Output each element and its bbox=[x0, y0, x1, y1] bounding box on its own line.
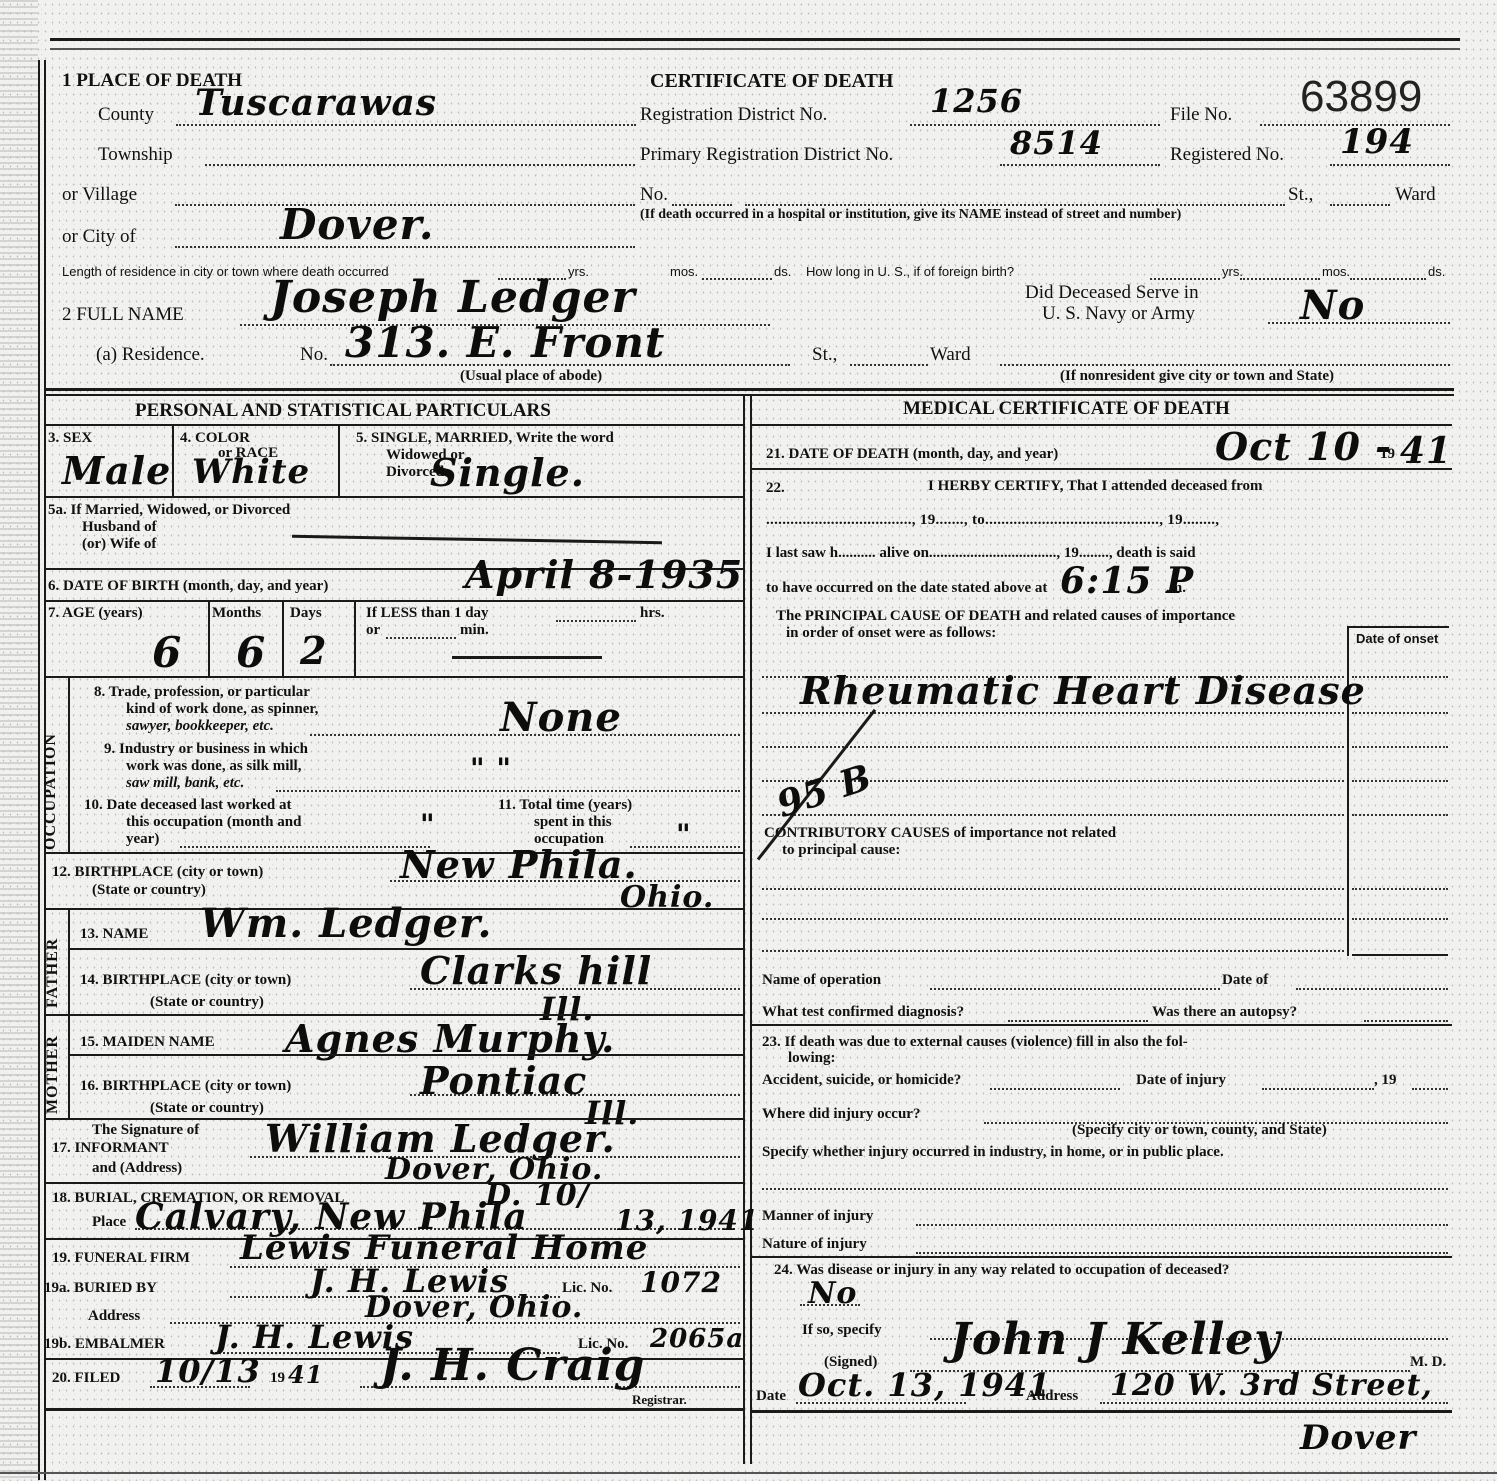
foreign-ds-label: ds. bbox=[1428, 264, 1445, 279]
external-label-1: 23. If death was due to external causes … bbox=[762, 1034, 1188, 1051]
onset-line-5 bbox=[1352, 814, 1448, 816]
industry-label-2: work was done, as silk mill, bbox=[126, 758, 301, 775]
father-birthplace-label-1: 14. BIRTHPLACE (city or town) bbox=[80, 972, 291, 989]
township-label: Township bbox=[98, 144, 173, 166]
onset-line-2 bbox=[1352, 712, 1448, 714]
residence-ds-label: ds. bbox=[774, 264, 791, 279]
ward-label: Ward bbox=[1395, 184, 1436, 206]
birthplace-label-1: 12. BIRTHPLACE (city or town) bbox=[52, 864, 263, 881]
foreign-ds-line bbox=[1350, 278, 1426, 280]
age-divider-3 bbox=[354, 600, 356, 676]
document-title: CERTIFICATE OF DEATH bbox=[650, 70, 893, 93]
city-label: or City of bbox=[62, 226, 136, 248]
last-worked-label-3: year) bbox=[126, 831, 159, 848]
autopsy-label: Was there an autopsy? bbox=[1152, 1004, 1297, 1021]
certify-no: 22. bbox=[766, 480, 785, 497]
less-than-day-label: If LESS than 1 day bbox=[366, 605, 489, 622]
hospital-note: (If death occurred in a hospital or inst… bbox=[640, 207, 1181, 223]
column-divider-2 bbox=[750, 394, 752, 1464]
injury-date-label: Date of injury bbox=[1136, 1072, 1226, 1089]
residence-label: (a) Residence. bbox=[96, 344, 205, 366]
service-value: No bbox=[1300, 282, 1365, 329]
contributory-label-1: CONTRIBUTORY CAUSES of importance not re… bbox=[764, 825, 1116, 842]
age-years-value: 6 bbox=[152, 628, 182, 677]
buried-by-label: 19a. BURIED BY bbox=[44, 1280, 157, 1297]
onset-line-1 bbox=[1352, 676, 1448, 678]
industry-label-1: 9. Industry or business in which bbox=[104, 741, 308, 758]
left-border bbox=[38, 60, 40, 1480]
county-line bbox=[176, 124, 636, 126]
physician-city-value: Dover bbox=[1300, 1418, 1416, 1458]
sex-color-divider bbox=[172, 426, 174, 496]
sex-label: 3. SEX bbox=[48, 430, 92, 447]
foreign-birth-label: How long in U. S., if of foreign birth? bbox=[806, 264, 1014, 279]
village-label: or Village bbox=[62, 184, 137, 206]
medical-header: MEDICAL CERTIFICATE OF DEATH bbox=[903, 398, 1230, 420]
total-time-label-1: 11. Total time (years) bbox=[498, 797, 632, 814]
mother-side-divider bbox=[68, 1014, 70, 1118]
marital-label-1: 5. SINGLE, MARRIED, Write the word bbox=[356, 430, 614, 447]
residence-ds-line bbox=[702, 278, 772, 280]
residence-ward-label: Ward bbox=[930, 344, 971, 366]
onset-header-rule bbox=[1349, 626, 1449, 628]
nature-line bbox=[916, 1252, 1448, 1254]
row-rule-22 bbox=[752, 1024, 1452, 1026]
funeral-firm-label: 19. FUNERAL FIRM bbox=[52, 1250, 190, 1267]
bottom-edge bbox=[0, 1472, 1497, 1474]
certify-label: I HERBY CERTIFY, That I attended decease… bbox=[928, 478, 1263, 495]
row-rule-6 bbox=[44, 600, 744, 602]
specify-where-line bbox=[762, 1188, 1448, 1190]
test-label: What test confirmed diagnosis? bbox=[762, 1004, 964, 1021]
injury-year-line bbox=[1412, 1088, 1448, 1090]
occupation-side-label: OCCUPATION bbox=[42, 690, 60, 850]
residence-st-label: St., bbox=[812, 344, 837, 366]
injury-year-label: , 19 bbox=[1374, 1072, 1397, 1089]
operation-line bbox=[930, 988, 1220, 990]
physician-signature: John J Kelley bbox=[950, 1314, 1281, 1365]
personal-header-rule bbox=[44, 424, 744, 426]
abode-note: (Usual place of abode) bbox=[460, 368, 602, 385]
registration-district-value: 1256 bbox=[930, 82, 1023, 120]
residence-no-label: No. bbox=[300, 344, 328, 366]
burial-place-label: Place bbox=[92, 1214, 126, 1231]
industry-value: " " bbox=[470, 752, 512, 785]
registration-district-label: Registration District No. bbox=[640, 104, 827, 126]
total-time-label-2: spent in this bbox=[534, 814, 612, 831]
nonresident-note: (If nonresident give city or town and St… bbox=[1060, 368, 1334, 385]
last-worked-label-1: 10. Date deceased last worked at bbox=[84, 797, 291, 814]
primary-district-label: Primary Registration District No. bbox=[640, 144, 893, 166]
father-birthplace-city: Clarks hill bbox=[420, 948, 652, 993]
street-no-line bbox=[672, 204, 732, 206]
column-divider bbox=[743, 394, 745, 1464]
date-of-death-year-prefix: 19 bbox=[1380, 446, 1395, 463]
street-line bbox=[745, 204, 1285, 206]
service-label-2: U. S. Navy or Army bbox=[1042, 303, 1195, 325]
cause-line-3 bbox=[762, 746, 1344, 748]
onset-bottom-rule bbox=[1352, 954, 1448, 956]
contributory-line-3 bbox=[762, 950, 1344, 952]
color-value: White bbox=[192, 452, 310, 492]
father-side-divider bbox=[68, 908, 70, 1014]
time-suffix: .m. bbox=[1166, 580, 1186, 597]
occupation-related-value: No bbox=[808, 1276, 857, 1311]
spouse-label-1: 5a. If Married, Widowed, or Divorced bbox=[48, 502, 290, 519]
top-border bbox=[50, 38, 1460, 41]
operation-label: Name of operation bbox=[762, 972, 881, 989]
onset-line-7 bbox=[1352, 918, 1448, 920]
last-worked-label-2: this occupation (month and bbox=[126, 814, 301, 831]
attended-line: ...................................., 19… bbox=[766, 512, 1219, 529]
last-worked-value: " bbox=[420, 808, 436, 841]
informant-label-3: and (Address) bbox=[92, 1160, 182, 1177]
operation-date-line bbox=[1296, 988, 1448, 990]
min-label: min. bbox=[460, 622, 489, 639]
cause-line-5 bbox=[762, 814, 1344, 816]
file-no-label: File No. bbox=[1170, 104, 1232, 126]
trade-label-3: sawyer, bookkeeper, etc. bbox=[126, 718, 274, 735]
age-years-label: 7. AGE (years) bbox=[48, 605, 143, 622]
where-label: Where did injury occur? bbox=[762, 1106, 920, 1123]
informant-label-2: 17. INFORMANT bbox=[52, 1140, 169, 1157]
specify-where-label: Specify whether injury occurred in indus… bbox=[762, 1144, 1224, 1161]
date-of-onset-label: Date of onset bbox=[1356, 631, 1438, 646]
registrar-signature: J. H. Craig bbox=[380, 1340, 645, 1391]
autopsy-line bbox=[1364, 1020, 1448, 1022]
ward-line bbox=[1330, 204, 1390, 206]
date-of-death-value: Oct 10 - bbox=[1215, 424, 1392, 469]
row-rule-17 bbox=[44, 1182, 744, 1184]
birthplace-city-value: New Phila. bbox=[400, 842, 638, 887]
principal-cause-label-2: in order of onset were as follows: bbox=[786, 625, 996, 642]
manner-label: Manner of injury bbox=[762, 1208, 873, 1225]
full-name-value: Joseph Ledger bbox=[270, 272, 636, 323]
spouse-label-2: Husband of bbox=[82, 519, 157, 536]
spouse-dash-line bbox=[292, 535, 662, 544]
filed-date-value: 10/13 bbox=[155, 1352, 261, 1390]
foreign-mos-label: mos. bbox=[1322, 264, 1350, 279]
industry-label-3: saw mill, bank, etc. bbox=[126, 775, 244, 792]
personal-header: PERSONAL AND STATISTICAL PARTICULARS bbox=[135, 400, 551, 422]
buried-address-label: Address bbox=[88, 1308, 140, 1325]
registrar-label: Registrar. bbox=[632, 1392, 687, 1408]
last-worked-line bbox=[180, 846, 430, 848]
row-rule-7 bbox=[44, 676, 744, 678]
buried-by-lic-value: 1072 bbox=[640, 1266, 722, 1299]
foreign-mos-line bbox=[1240, 278, 1320, 280]
age-divider-2 bbox=[282, 600, 284, 676]
total-time-value: " bbox=[676, 818, 692, 851]
top-border-inner bbox=[50, 48, 1460, 50]
min-line bbox=[386, 637, 456, 639]
street-label: St., bbox=[1288, 184, 1313, 206]
test-line bbox=[1008, 1020, 1148, 1022]
injury-date-line bbox=[1262, 1088, 1374, 1090]
onset-line-3 bbox=[1352, 746, 1448, 748]
father-name-value: Wm. Ledger. bbox=[200, 900, 492, 947]
spouse-label-3: (or) Wife of bbox=[82, 536, 156, 553]
city-value: Dover. bbox=[280, 200, 434, 249]
if-so-label: If so, specify bbox=[802, 1322, 882, 1339]
signed-date-label: Date bbox=[756, 1388, 786, 1405]
contributory-label-2: to principal cause: bbox=[782, 842, 900, 859]
bottom-rule-left bbox=[44, 1408, 744, 1411]
accident-label: Accident, suicide, or homicide? bbox=[762, 1072, 961, 1089]
row-rule-3 bbox=[44, 496, 744, 498]
accident-line bbox=[990, 1088, 1120, 1090]
contributory-line-2 bbox=[762, 918, 1344, 920]
hrs-line bbox=[556, 620, 636, 622]
marital-value: Single. bbox=[430, 450, 585, 495]
age-days-value: 2 bbox=[300, 628, 327, 673]
full-name-label: 2 FULL NAME bbox=[62, 304, 184, 326]
father-birthplace-label-2: (State or country) bbox=[150, 994, 264, 1011]
embalmer-lic-value: 2065a bbox=[650, 1324, 744, 1354]
father-side-label: FATHER bbox=[44, 914, 62, 1008]
residence-ward-line bbox=[850, 364, 928, 366]
primary-district-line bbox=[1000, 164, 1160, 166]
contributory-line-1 bbox=[762, 888, 1344, 890]
age-divider-1 bbox=[208, 600, 210, 676]
occurred-label: to have occurred on the date stated abov… bbox=[766, 580, 1047, 597]
residence-value: 313. E. Front bbox=[345, 318, 665, 367]
onset-line-6 bbox=[1352, 888, 1448, 890]
residence-mos-label: mos. bbox=[670, 264, 698, 279]
age-months-label: Months bbox=[212, 605, 261, 622]
file-no-stamp: 63899 bbox=[1300, 72, 1422, 122]
township-line bbox=[205, 164, 635, 166]
left-margin-strip bbox=[0, 0, 38, 1481]
primary-district-value: 8514 bbox=[1010, 124, 1103, 162]
filed-year-prefix: 19 bbox=[270, 1370, 285, 1387]
filed-year-value: 41 bbox=[288, 1360, 323, 1389]
foreign-yrs-label: yrs. bbox=[1222, 264, 1243, 279]
age-days-label: Days bbox=[290, 605, 322, 622]
date-of-death-year: 41 bbox=[1400, 430, 1452, 472]
mother-birthplace-city: Pontiac bbox=[420, 1058, 587, 1103]
birthplace-label-2: (State or country) bbox=[92, 882, 206, 899]
hrs-label: hrs. bbox=[640, 605, 665, 622]
trade-label-2: kind of work done, as spinner, bbox=[126, 701, 318, 718]
mother-maiden-label: 15. MAIDEN NAME bbox=[80, 1034, 215, 1051]
age-months-value: 6 bbox=[236, 628, 266, 677]
foreign-yrs-line bbox=[1150, 278, 1220, 280]
mother-birthplace-label-1: 16. BIRTHPLACE (city or town) bbox=[80, 1078, 291, 1095]
dob-label: 6. DATE OF BIRTH (month, day, and year) bbox=[48, 578, 328, 595]
trade-value: None bbox=[500, 694, 622, 741]
occupation-side-divider bbox=[68, 676, 70, 852]
principal-cause-value: Rheumatic Heart Disease bbox=[800, 668, 1366, 713]
trade-label-1: 8. Trade, profession, or particular bbox=[94, 684, 310, 701]
county-label: County bbox=[98, 104, 154, 126]
service-label-1: Did Deceased Serve in bbox=[1025, 282, 1199, 304]
signed-date-value: Oct. 13, 1941 bbox=[798, 1366, 1051, 1404]
or-label: or bbox=[366, 622, 380, 639]
nonresident-line bbox=[1000, 364, 1450, 366]
manner-line bbox=[916, 1224, 1448, 1226]
header-divider bbox=[44, 388, 1454, 391]
physician-address-label: Address bbox=[1026, 1388, 1078, 1405]
principal-cause-label-1: The PRINCIPAL CAUSE OF DEATH and related… bbox=[776, 608, 1235, 625]
registered-no-label: Registered No. bbox=[1170, 144, 1284, 166]
onset-line-4 bbox=[1352, 780, 1448, 782]
header-divider-2 bbox=[44, 394, 1454, 396]
industry-line bbox=[276, 790, 740, 792]
color-marital-divider bbox=[338, 426, 340, 496]
nature-label: Nature of injury bbox=[762, 1236, 867, 1253]
mother-birthplace-label-2: (State or country) bbox=[150, 1100, 264, 1117]
age-dash-line bbox=[452, 656, 602, 659]
external-label-2: lowing: bbox=[788, 1050, 836, 1067]
physician-address-value: 120 W. 3rd Street, bbox=[1110, 1368, 1433, 1403]
row-rule-occupation bbox=[44, 852, 744, 854]
street-no-label: No. bbox=[640, 184, 668, 206]
where-note: (Specify city or town, county, and State… bbox=[1072, 1122, 1327, 1139]
county-value: Tuscarawas bbox=[195, 82, 437, 124]
registered-no-value: 194 bbox=[1340, 122, 1414, 162]
informant-label-1: The Signature of bbox=[92, 1122, 199, 1139]
sex-value: Male bbox=[62, 448, 171, 493]
row-rule-23 bbox=[752, 1256, 1452, 1258]
row-rule-15 bbox=[68, 1054, 744, 1056]
father-name-label: 13. NAME bbox=[80, 926, 148, 943]
dob-value: April 8-1935 bbox=[465, 552, 743, 597]
date-of-death-label: 21. DATE OF DEATH (month, day, and year) bbox=[766, 446, 1058, 463]
operation-date-label: Date of bbox=[1222, 972, 1268, 989]
bottom-rule-right bbox=[752, 1410, 1452, 1413]
row-rule-21 bbox=[752, 468, 1452, 470]
embalmer-label: 19b. EMBALMER bbox=[44, 1336, 165, 1353]
filed-label: 20. FILED bbox=[52, 1370, 120, 1387]
mother-side-label: MOTHER bbox=[44, 1022, 62, 1114]
registered-no-line bbox=[1330, 164, 1450, 166]
